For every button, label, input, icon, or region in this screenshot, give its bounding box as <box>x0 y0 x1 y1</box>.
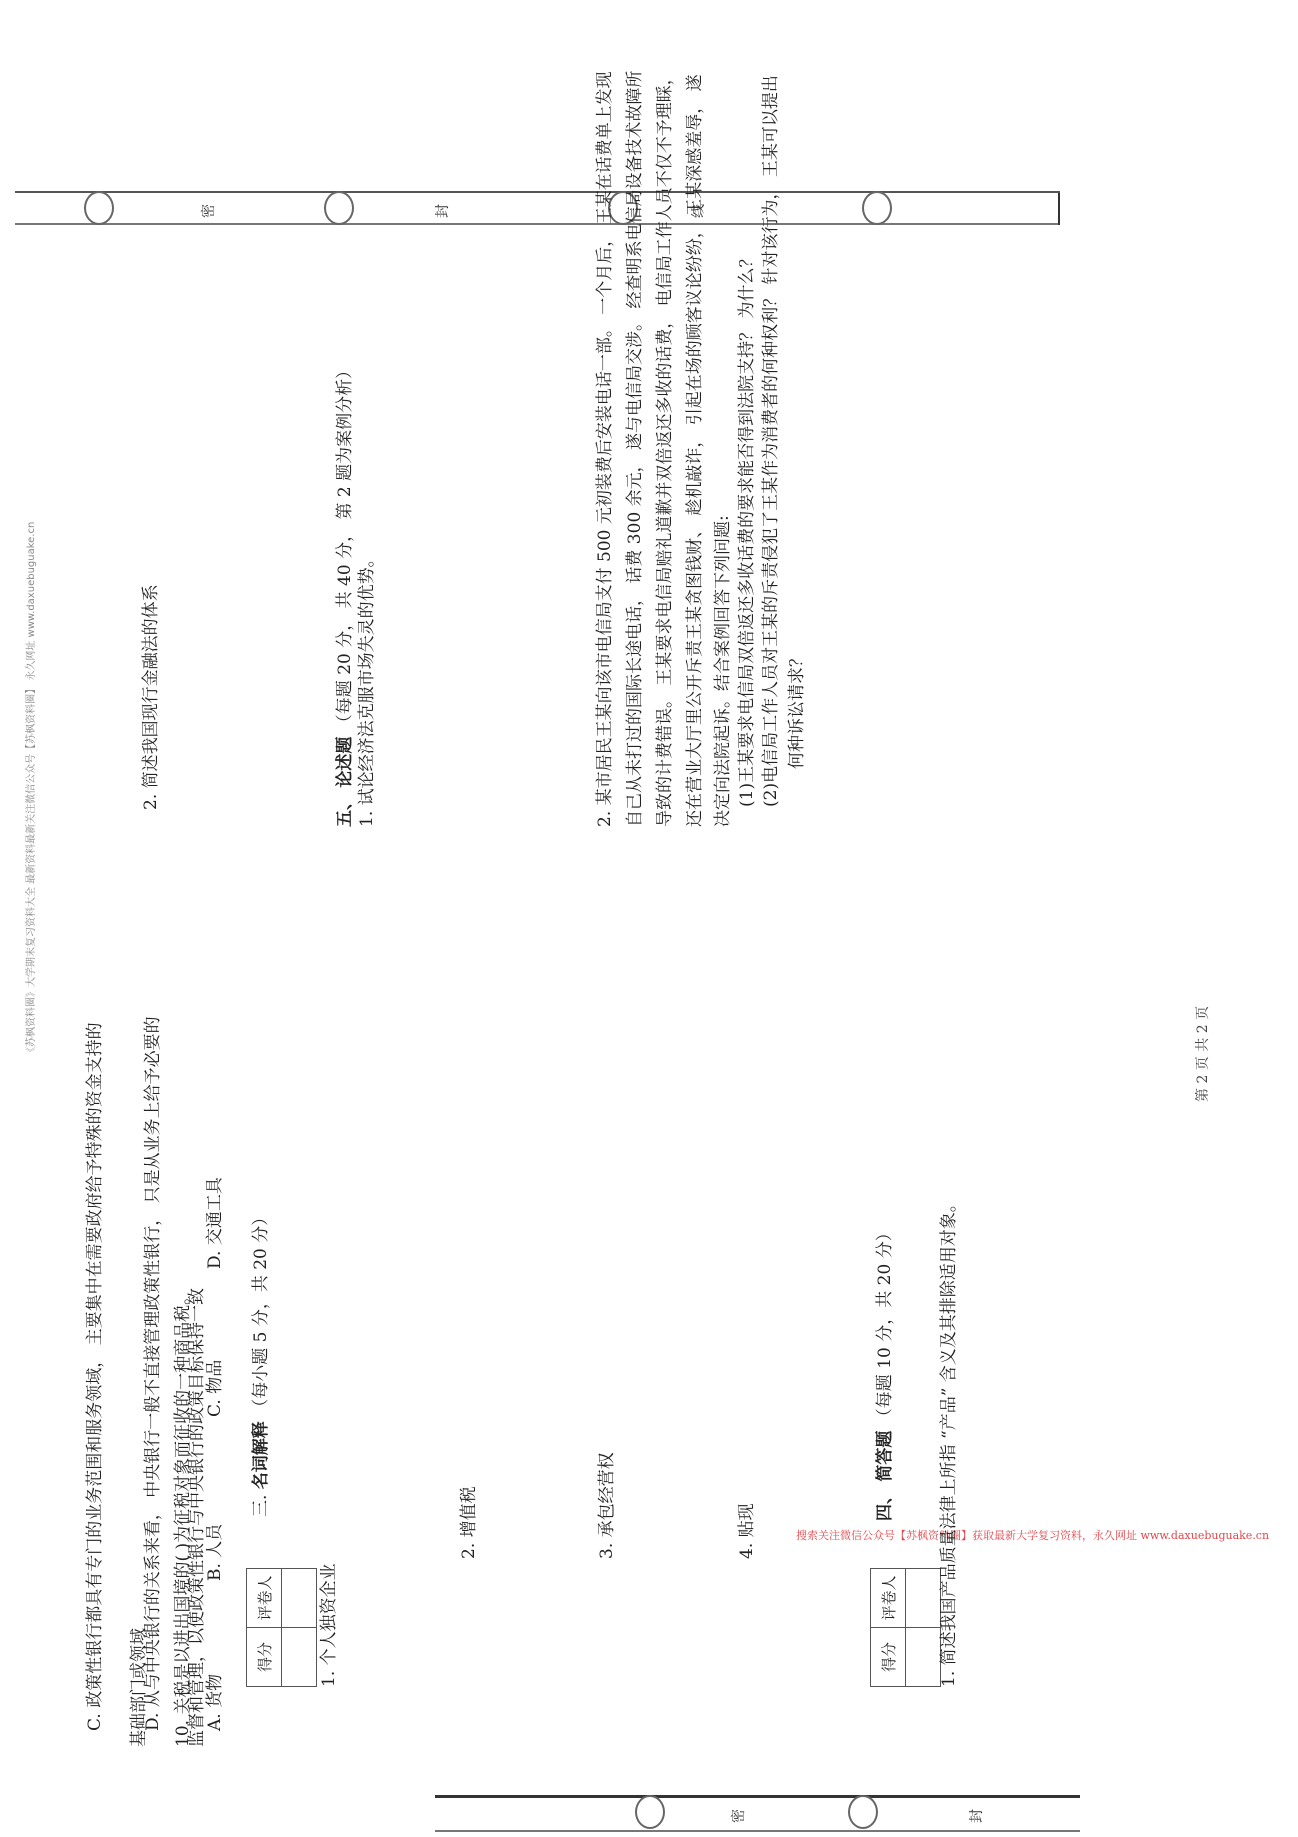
q9-option-c-line1: C. 政策性银行都具有专门的业务范围和服务领域， 主要集中在需要政府给予特殊的资… <box>84 1022 106 1731</box>
page-number-footer: 第 2 页 共 2 页 <box>1192 1006 1212 1102</box>
red-notice: 搜索关注微信公众号【苏枫资料圈】获取最新大学复习资料，永久网址 www.daxu… <box>796 1527 1269 1543</box>
section3-item-1: 1. 个人独资企业 <box>318 1563 340 1687</box>
case-line-1: 2. 某市居民王某向该市电信局支付 500 元初装费后安装电话一部。 一个月后，… <box>594 71 616 827</box>
section4-number: 四、 <box>875 1487 895 1521</box>
binding-hole <box>848 1795 878 1829</box>
section3-note: （每小题 5 分，共 20 分） <box>251 1209 271 1416</box>
exam-page: 密 封 线 密 封 搜索关注微信公众号【苏枫资料圈】获取最新大学复习资料，永久网… <box>0 0 1298 1837</box>
grader-cell[interactable] <box>906 1569 941 1628</box>
binding-char-feng: 封 <box>966 1809 986 1823</box>
score-cell[interactable] <box>282 1628 317 1687</box>
section3-heading: 三. 名词解释 （每小题 5 分，共 20 分） <box>250 1209 272 1517</box>
section5-number: 五、 <box>335 793 355 827</box>
section4-item-1: 1. 简述我国产品质量法律上所指 “产品” 含义及其排除适用对象。 <box>938 1195 960 1687</box>
score-label: 得分 <box>871 1628 906 1687</box>
binding-char-mi: 密 <box>198 204 218 218</box>
side-watermark: 《苏枫资料圈》大学期末复习资料大全 最新资料最新关注微信公众号【苏枫资料圈】 永… <box>22 522 37 1057</box>
grader-label: 评卷人 <box>871 1569 906 1628</box>
section3-item-2: 2. 增值税 <box>458 1486 480 1559</box>
case-question-3: 何种诉讼请求？ <box>786 650 808 769</box>
section4-title: 简答题 <box>875 1431 895 1482</box>
section5-note: （每题 20 分， 共 40 分， 第 2 题为案例分析） <box>335 362 355 731</box>
case-line-2: 自己从未打过的国际长途电话， 话费 300 余元， 遂与电信局交涉。 经查明系电… <box>624 71 646 827</box>
case-question-1: (1)王某要求电信局双倍返还多收话费的要求能否得到法院支持？ 为什么？ <box>736 251 758 807</box>
q10-option-a: A. 货物 <box>204 1674 226 1731</box>
section3-item-3: 3. 承包经营权 <box>596 1452 618 1559</box>
binding-hole <box>84 191 114 225</box>
section3-item-4: 4. 贴现 <box>736 1503 758 1559</box>
binding-hole <box>324 191 354 225</box>
binding-char-feng: 封 <box>432 204 452 218</box>
section5-item-1: 1. 试论经济法克服市场失灵的优势。 <box>356 550 378 827</box>
score-cell[interactable] <box>906 1628 941 1687</box>
case-line-3: 导致的计费错误。 王某要求电信局赔礼道歉并双倍返还多收的话费， 电信局工作人员不… <box>654 68 676 827</box>
q10-option-d: D. 交通工具 <box>204 1177 226 1269</box>
q9-option-d-line1: D. 从与中央银行的关系来看， 中央银行一般不直接管理政策性银行， 只是从业务上… <box>142 1016 164 1731</box>
case-line-5: 决定向法院起诉。结合案例回答下列问题: <box>712 515 734 827</box>
q10-option-b: B. 人员 <box>204 1524 226 1581</box>
section4-heading: 四、 简答题 （每题 10 分，共 20 分） <box>874 1224 896 1521</box>
section3-title: 名词解释 <box>251 1421 271 1489</box>
q10-stem: 10. 关税是以进出国境的( )为征税对象而征收的一种商品税。 <box>172 1288 194 1747</box>
section4-note: （每题 10 分，共 20 分） <box>875 1224 895 1425</box>
section5-title: 论述题 <box>335 737 355 788</box>
score-table-section3: 得分 评卷人 <box>246 1568 317 1687</box>
score-table-section4: 得分 评卷人 <box>870 1568 941 1687</box>
binding-hole <box>635 1795 665 1829</box>
case-line-4: 还在营业大厅里公开斥责王某贪图钱财、 趁机敲诈， 引起在场的顾客议论纷纷， 王某… <box>684 74 706 827</box>
grader-label: 评卷人 <box>247 1569 282 1628</box>
section5-heading: 五、 论述题 （每题 20 分， 共 40 分， 第 2 题为案例分析） <box>334 362 356 827</box>
score-label: 得分 <box>247 1628 282 1687</box>
q10-option-c: C. 物品 <box>204 1360 226 1417</box>
binding-strip-top <box>15 191 1060 225</box>
binding-hole <box>862 191 892 225</box>
grader-cell[interactable] <box>282 1569 317 1628</box>
section4-item-2: 2. 简述我国现行金融法的体系 <box>140 584 162 810</box>
binding-char-mi: 密 <box>728 1809 748 1823</box>
case-question-2: (2)电信局工作人员对王某的斥责侵犯了王某作为消费者的何种权利？ 针对该行为， … <box>760 75 782 807</box>
section3-number: 三. <box>251 1495 271 1517</box>
